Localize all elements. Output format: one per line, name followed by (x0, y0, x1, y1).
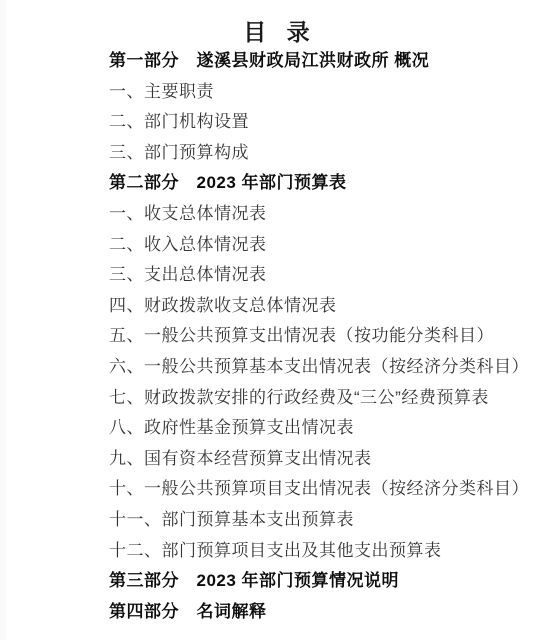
toc-entry: 九、国有资本经营预算支出情况表 (109, 444, 552, 475)
toc-entry: 四、财政拨款收支总体情况表 (109, 291, 552, 322)
toc-entry: 六、一般公共预算基本支出情况表（按经济分类科目） (109, 352, 552, 383)
page-title: 目 录 (0, 14, 560, 47)
toc-section-heading: 第一部分 遂溪县财政局江洪财政所 概况 (109, 46, 552, 77)
toc-entry: 三、部门预算构成 (109, 138, 552, 169)
toc-section-heading: 第二部分 2023 年部门预算表 (109, 168, 552, 199)
scan-edge-shading (0, 0, 6, 640)
document-page: 目 录 第一部分 遂溪县财政局江洪财政所 概况一、主要职责二、部门机构设置三、部… (0, 0, 560, 640)
toc-entry: 二、收入总体情况表 (109, 230, 552, 261)
toc-list: 第一部分 遂溪县财政局江洪财政所 概况一、主要职责二、部门机构设置三、部门预算构… (109, 46, 552, 627)
toc-entry: 十、一般公共预算项目支出情况表（按经济分类科目） (109, 474, 552, 505)
toc-section-heading: 第三部分 2023 年部门预算情况说明 (109, 566, 552, 597)
toc-entry: 三、支出总体情况表 (109, 260, 552, 291)
toc-entry: 十一、部门预算基本支出预算表 (109, 505, 552, 536)
toc-section-heading: 第四部分 名词解释 (109, 597, 552, 628)
toc-entry: 一、收支总体情况表 (109, 199, 552, 230)
toc-entry: 八、政府性基金预算支出情况表 (109, 413, 552, 444)
toc-entry: 五、一般公共预算支出情况表（按功能分类科目） (109, 321, 552, 352)
toc-entry: 二、部门机构设置 (109, 107, 552, 138)
toc-entry: 十二、部门预算项目支出及其他支出预算表 (109, 536, 552, 567)
toc-entry: 七、财政拨款安排的行政经费及“三公”经费预算表 (109, 383, 552, 414)
toc-entry: 一、主要职责 (109, 77, 552, 108)
